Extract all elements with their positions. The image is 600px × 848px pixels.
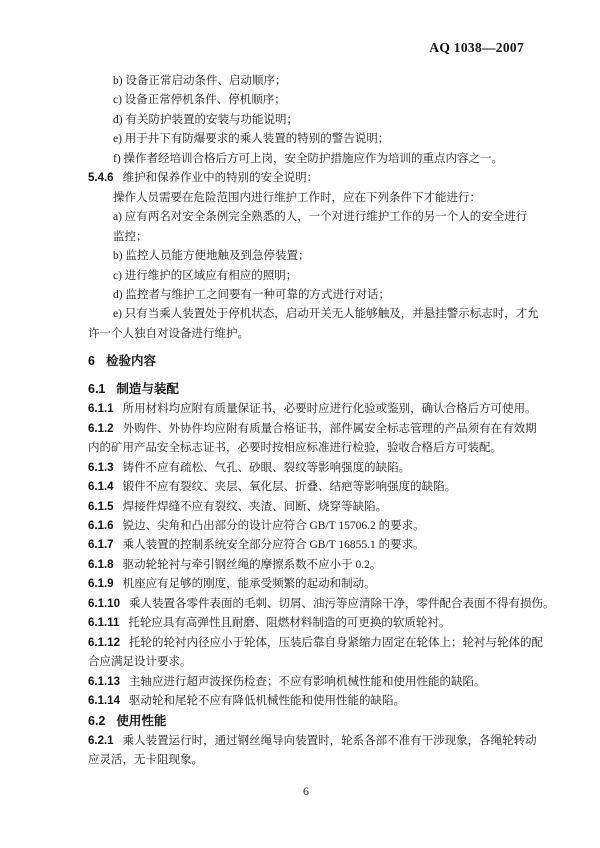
clause-number: 6.2	[88, 714, 105, 728]
doc-line: 操作人员需要在危险范围内进行维护工作时，应在下列条件下才能进行：	[88, 189, 540, 208]
clause-text: 使用性能	[116, 714, 166, 728]
doc-line: c) 进行维护的区域应有相应的照明；	[88, 267, 540, 286]
doc-line: 6.1.9机座应有足够的刚度，能承受频繁的起动和制动。	[88, 575, 540, 594]
doc-line: 6.1.14驱动轮和尾轮不应有降低机械性能和使用性能的缺陷。	[88, 692, 540, 711]
doc-line: 6.1.8驱动轮轮衬与牵引钢丝绳的摩擦系数不应小于 0.2。	[88, 556, 540, 575]
clause-text: 机座应有足够的刚度，能承受频繁的起动和制动。	[123, 578, 376, 590]
doc-line: b) 监控人员能方便地触及到急停装置；	[88, 247, 540, 266]
doc-line: 6.1.13主轴应进行超声波探伤检查；不应有影响机械性能和使用性能的缺陷。	[88, 673, 540, 692]
clause-text: 监控；	[113, 231, 148, 243]
clause-text: 维护和保养作业中的特别的安全说明：	[123, 172, 319, 184]
clause-text: c) 进行维护的区域应有相应的照明；	[113, 270, 297, 282]
clause-text: 乘人装置运行时，通过钢丝绳导向装置时，轮系各部不准有干涉现象，各绳轮转动	[123, 735, 537, 747]
doc-line: 6.2使用性能	[88, 712, 540, 731]
clause-number: 5.4.6	[88, 172, 114, 184]
clause-text: 乘人装置各零件表面的毛刺、切屑、油污等应清除干净，零件配合表面不得有损伤。	[129, 598, 555, 610]
doc-line: 6.1.3铸件不应有疏松、气孔、砂眼、裂纹等影响强度的缺陷。	[88, 459, 540, 478]
clause-number: 6.1	[88, 382, 105, 396]
clause-number: 6.2.1	[88, 735, 114, 747]
clause-number: 6.1.13	[88, 676, 120, 688]
doc-line: 监控；	[88, 228, 540, 247]
doc-line: d) 监控者与维护工之间要有一种可靠的方式进行对话；	[88, 286, 540, 305]
clause-number: 6.1.8	[88, 559, 114, 571]
clause-text: f) 操作者经培训合格后方可上岗，安全防护措施应作为培训的重点内容之一。	[113, 153, 503, 165]
clause-text: 驱动轮轮衬与牵引钢丝绳的摩擦系数不应小于 0.2。	[123, 559, 382, 571]
clause-text: 乘人装置的控制系统安全部分应符合 GB/T 16855.1 的要求。	[123, 539, 425, 551]
doc-line: f) 操作者经培训合格后方可上岗，安全防护措施应作为培训的重点内容之一。	[88, 150, 540, 169]
clause-text: b) 设备正常启动条件、启动顺序；	[113, 75, 286, 87]
doc-line: 6.1.2外购件、外协件均应附有质量合格证书，部件属安全标志管理的产品须有在有效…	[88, 420, 540, 439]
clause-number: 6.1.4	[88, 481, 114, 493]
clause-text: 制造与装配	[116, 382, 179, 396]
doc-line: 6.1.1所用材料均应附有质量保证书，必要时应进行化验或鉴别，确认合格后方可使用…	[88, 400, 540, 419]
doc-line: 6.2.1乘人装置运行时，通过钢丝绳导向装置时，轮系各部不准有干涉现象，各绳轮转…	[88, 732, 540, 751]
document-page: AQ 1038—2007 b) 设备正常启动条件、启动顺序；c) 设备正常停机条…	[0, 0, 600, 848]
clause-number: 6	[88, 354, 95, 368]
clause-number: 6.1.2	[88, 423, 114, 435]
clause-number: 6.1.1	[88, 403, 114, 415]
clause-text: 操作人员需要在危险范围内进行维护工作时，应在下列条件下才能进行：	[113, 192, 481, 204]
clause-number: 6.1.7	[88, 539, 114, 551]
doc-line: a) 应有两名对安全条例完全熟悉的人，一个对进行维护工作的另一个人的安全进行	[88, 208, 540, 227]
doc-line: 6.1.10乘人装置各零件表面的毛刺、切屑、油污等应清除干净，零件配合表面不得有…	[88, 595, 540, 614]
doc-line: 内的矿用产品安全标志证书，必要时按相应标准进行检验，验收合格后方可装配。	[88, 439, 540, 458]
doc-line: e) 只有当乘人装置处于停机状态，启动开关无人能够触及，并悬挂警示标志时，才允	[88, 305, 540, 324]
clause-number: 6.1.6	[88, 520, 114, 532]
clause-number: 6.1.10	[88, 598, 120, 610]
clause-text: 托轮应具有高弹性且耐磨、阻燃材料制造的可更换的软质轮衬。	[128, 617, 450, 629]
doc-line: d) 有关防护装置的安装与功能说明；	[88, 111, 540, 130]
doc-line: 6.1.11托轮应具有高弹性且耐磨、阻燃材料制造的可更换的软质轮衬。	[88, 614, 540, 633]
clause-number: 6.1.14	[88, 695, 120, 707]
clause-text: e) 用于井下有防爆要求的乘人装置的特别的警告说明；	[113, 133, 389, 145]
doc-line: 合应满足设计要求。	[88, 653, 540, 672]
clause-text: c) 设备正常停机条件、停机顺序；	[113, 94, 286, 106]
clause-text: d) 监控者与维护工之间要有一种可靠的方式进行对话；	[113, 289, 390, 301]
doc-line: 6检验内容	[88, 352, 540, 371]
doc-line: b) 设备正常启动条件、启动顺序；	[88, 72, 540, 91]
clause-text: 内的矿用产品安全标志证书，必要时按相应标准进行检验，验收合格后方可装配。	[88, 442, 502, 454]
clause-text: 驱动轮和尾轮不应有降低机械性能和使用性能的缺陷。	[129, 695, 405, 707]
clause-text: a) 应有两名对安全条例完全熟悉的人，一个对进行维护工作的另一个人的安全进行	[113, 211, 527, 223]
doc-line: 6.1.4锻件不应有裂纹、夹层、氧化层、折叠、结疤等影响强度的缺陷。	[88, 478, 540, 497]
clause-text: 锻件不应有裂纹、夹层、氧化层、折叠、结疤等影响强度的缺陷。	[123, 481, 457, 493]
doc-line: 6.1.7乘人装置的控制系统安全部分应符合 GB/T 16855.1 的要求。	[88, 536, 540, 555]
doc-line: 应灵活，无卡阻现象。	[88, 751, 540, 770]
clause-text: 锐边、尖角和凸出部分的设计应符合 GB/T 15706.2 的要求。	[123, 520, 425, 532]
clause-number: 6.1.9	[88, 578, 114, 590]
clause-text: b) 监控人员能方便地触及到急停装置；	[113, 250, 309, 262]
page-number: 6	[88, 784, 524, 799]
clause-text: e) 只有当乘人装置处于停机状态，启动开关无人能够触及，并悬挂警示标志时，才允	[113, 308, 539, 320]
doc-line: e) 用于井下有防爆要求的乘人装置的特别的警告说明；	[88, 130, 540, 149]
doc-line: 6.1.6锐边、尖角和凸出部分的设计应符合 GB/T 15706.2 的要求。	[88, 517, 540, 536]
clause-number: 6.1.5	[88, 501, 114, 513]
document-body: b) 设备正常启动条件、启动顺序；c) 设备正常停机条件、停机顺序；d) 有关防…	[88, 72, 540, 771]
clause-text: 合应满足设计要求。	[88, 656, 192, 668]
doc-line: 许一个人独自对设备进行维护。	[88, 325, 540, 344]
clause-text: 外购件、外协件均应附有质量合格证书，部件属安全标志管理的产品须有在有效期	[123, 423, 537, 435]
clause-number: 6.1.11	[88, 617, 119, 629]
clause-text: 应灵活，无卡阻现象。	[88, 754, 203, 766]
doc-line: 6.1制造与装配	[88, 380, 540, 399]
clause-text: 焊接件焊缝不应有裂纹、夹渣、间断、烧穿等缺陷。	[123, 501, 388, 513]
clause-number: 6.1.12	[88, 637, 120, 649]
doc-line: c) 设备正常停机条件、停机顺序；	[88, 91, 540, 110]
clause-text: 所用材料均应附有质量保证书，必要时应进行化验或鉴别，确认合格后方可使用。	[123, 403, 537, 415]
clause-number: 6.1.3	[88, 462, 114, 474]
clause-text: d) 有关防护装置的安装与功能说明；	[113, 114, 298, 126]
doc-line: 5.4.6维护和保养作业中的特别的安全说明：	[88, 169, 540, 188]
doc-line: 6.1.12托轮的轮衬内径应小于轮体，压装后靠自身紧缩力固定在轮体上；轮衬与轮体…	[88, 634, 540, 653]
clause-text: 铸件不应有疏松、气孔、砂眼、裂纹等影响强度的缺陷。	[123, 462, 411, 474]
clause-text: 托轮的轮衬内径应小于轮体，压装后靠自身紧缩力固定在轮体上；轮衬与轮体的配	[129, 637, 543, 649]
clause-text: 检验内容	[106, 354, 156, 368]
standard-code-header: AQ 1038—2007	[88, 40, 524, 56]
doc-line: 6.1.5焊接件焊缝不应有裂纹、夹渣、间断、烧穿等缺陷。	[88, 498, 540, 517]
clause-text: 主轴应进行超声波探伤检查；不应有影响机械性能和使用性能的缺陷。	[129, 676, 486, 688]
clause-text: 许一个人独自对设备进行维护。	[88, 328, 249, 340]
